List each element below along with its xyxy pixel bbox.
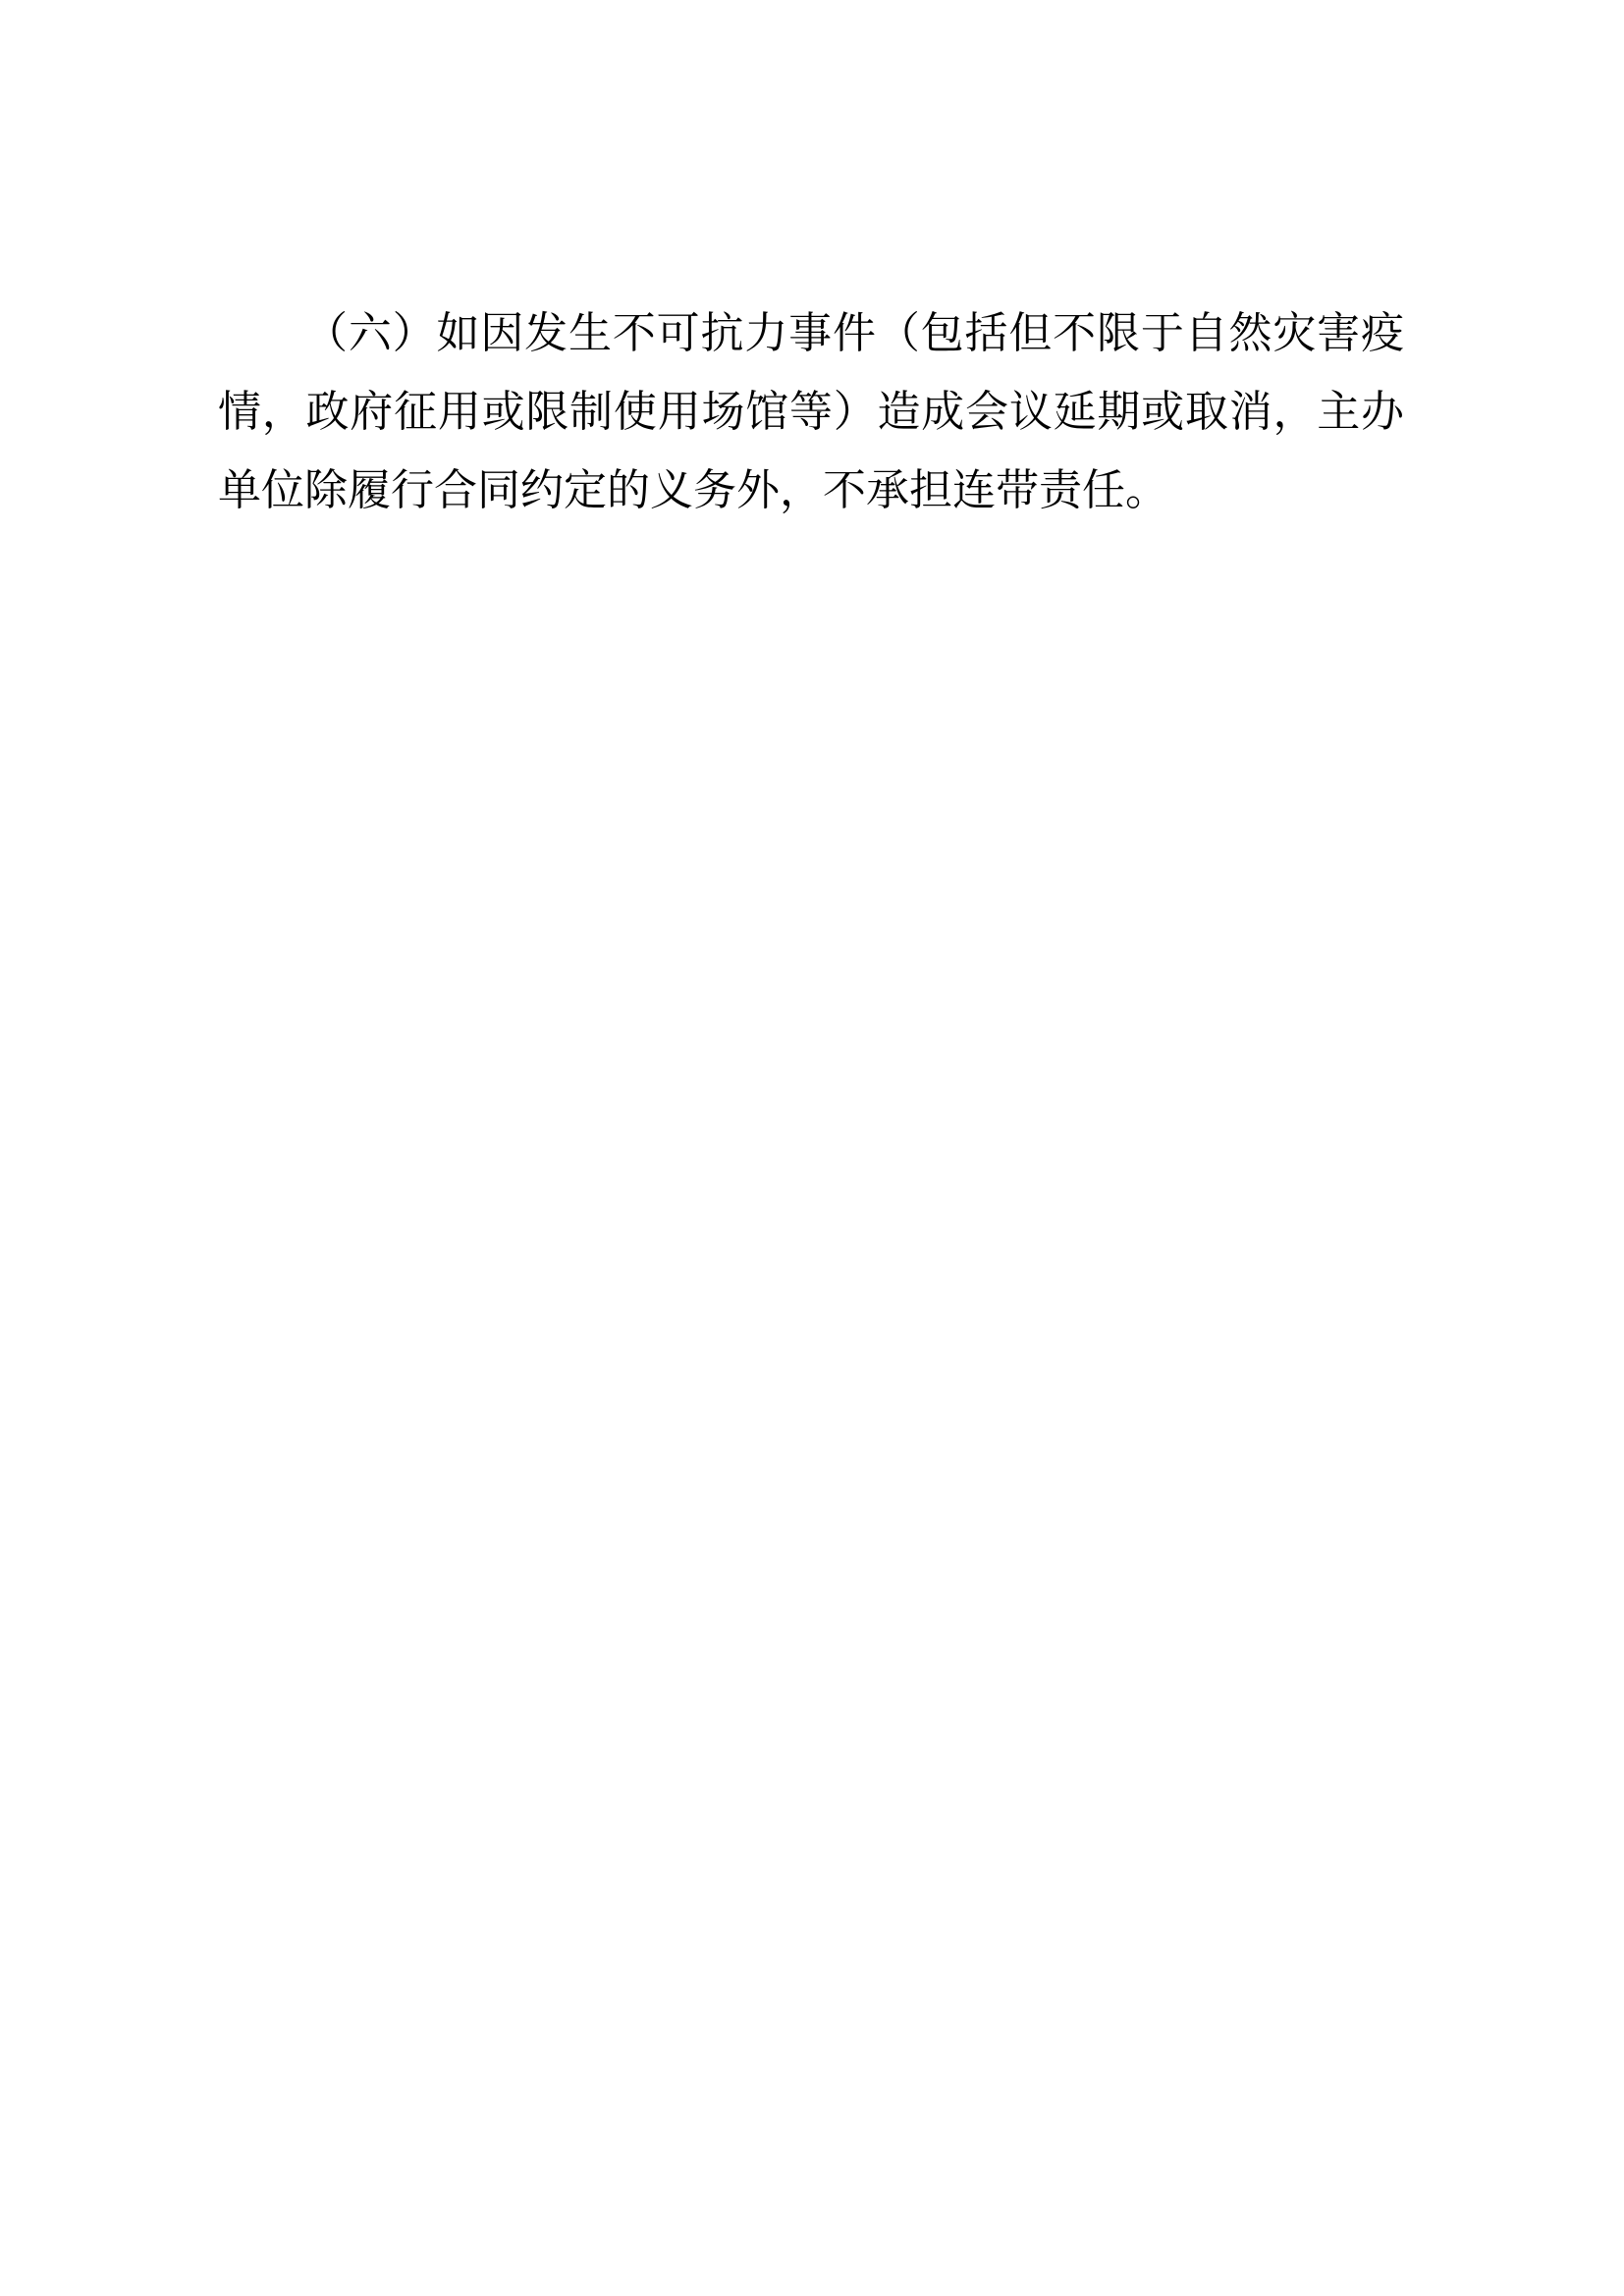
- paragraph: （六）如因发生不可抗力事件（包括但不限于自然灾害疫 情，政府征用或限制使用场馆等…: [218, 294, 1404, 530]
- paragraph-line-3: 单位除履行合同约定的义务外，不承担连带责任。: [218, 452, 1404, 530]
- paragraph-line-2: 情，政府征用或限制使用场馆等）造成会议延期或取消，主办: [218, 373, 1404, 452]
- document-page: （六）如因发生不可抗力事件（包括但不限于自然灾害疫 情，政府征用或限制使用场馆等…: [0, 0, 1624, 2296]
- paragraph-line-1: （六）如因发生不可抗力事件（包括但不限于自然灾害疫: [218, 294, 1404, 373]
